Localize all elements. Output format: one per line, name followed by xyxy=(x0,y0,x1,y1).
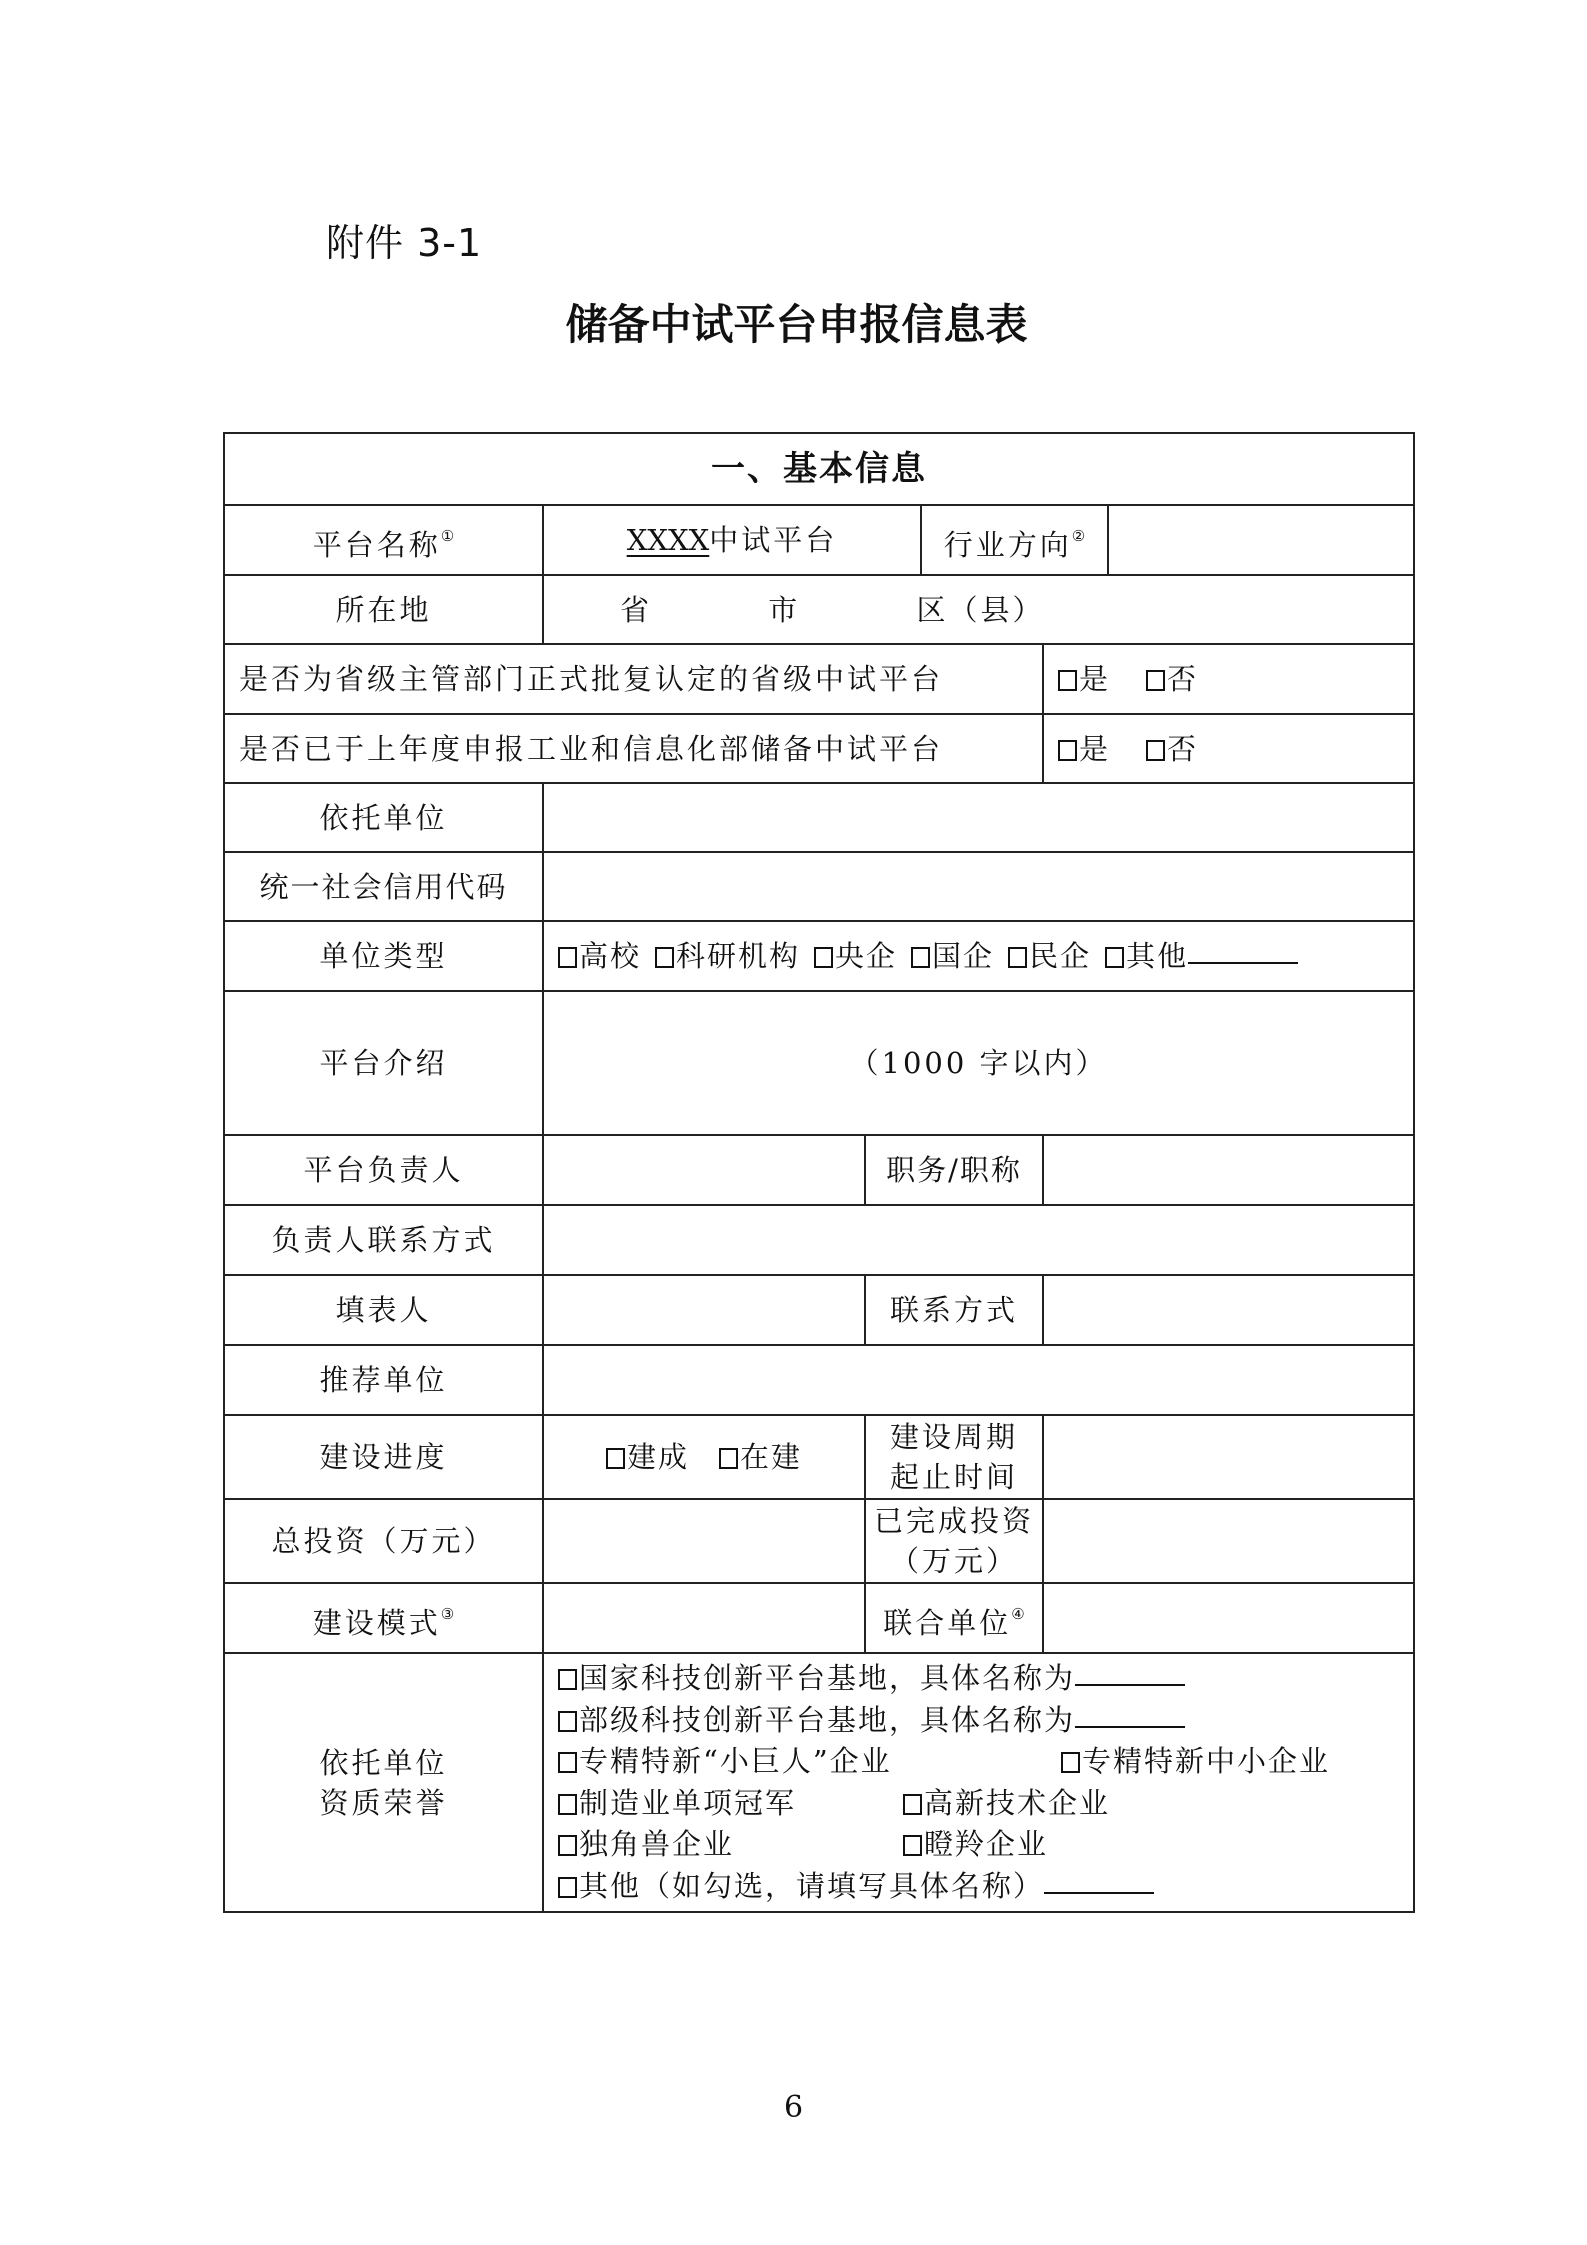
leader-contact-row: 负责人联系方式 xyxy=(224,1205,1414,1275)
joint-unit-field[interactable] xyxy=(1043,1583,1414,1653)
platform-name-field[interactable]: XXXX中试平台 xyxy=(543,505,921,575)
application-form-table: 一、基本信息 平台名称① XXXX中试平台 行业方向② 所在地 省 市 区（县）… xyxy=(223,432,1415,1913)
total-investment-label: 总投资（万元） xyxy=(224,1499,543,1583)
checkbox-icon xyxy=(1058,670,1077,691)
unit-type-row: 单位类型 高校科研机构央企国企民企其他 xyxy=(224,921,1414,991)
construction-period-field[interactable] xyxy=(1043,1415,1414,1499)
attachment-label: 附件 3-1 xyxy=(326,215,482,271)
checkbox-university[interactable]: 高校 xyxy=(558,936,641,976)
previous-application-options: 是否 xyxy=(1043,714,1414,783)
honor-single-champion[interactable]: 制造业单项冠军 xyxy=(558,1783,903,1825)
checkbox-icon xyxy=(558,1752,577,1773)
construction-mode-row: 建设模式③ 联合单位④ xyxy=(224,1583,1414,1653)
construction-mode-label: 建设模式③ xyxy=(224,1583,543,1653)
introduction-field[interactable]: （1000 字以内） xyxy=(543,991,1414,1135)
checkbox-soe[interactable]: 国企 xyxy=(911,936,994,976)
checkbox-icon xyxy=(814,947,833,968)
honor-unicorn[interactable]: 独角兽企业 xyxy=(558,1824,903,1866)
checkbox-icon xyxy=(558,1877,577,1898)
credit-code-row: 统一社会信用代码 xyxy=(224,852,1414,921)
checkbox-yes[interactable]: 是 xyxy=(1058,729,1110,769)
introduction-row: 平台介绍 （1000 字以内） xyxy=(224,991,1414,1135)
checkbox-icon xyxy=(558,1669,577,1690)
location-label: 所在地 xyxy=(224,575,543,644)
checkbox-no[interactable]: 否 xyxy=(1146,729,1198,769)
location-row: 所在地 省 市 区（县） xyxy=(224,575,1414,644)
footnote-marker: ① xyxy=(441,527,454,545)
checkbox-research-institute[interactable]: 科研机构 xyxy=(655,936,800,976)
footnote-marker: ④ xyxy=(1011,1605,1024,1623)
provincial-approval-options: 是否 xyxy=(1043,644,1414,714)
honor-ministerial-platform[interactable]: 部级科技创新平台基地，具体名称为 xyxy=(558,1700,1413,1742)
checkbox-icon xyxy=(1146,670,1165,691)
completed-investment-field[interactable] xyxy=(1043,1499,1414,1583)
qualifications-options: 国家科技创新平台基地，具体名称为 部级科技创新平台基地，具体名称为 专精特新“小… xyxy=(543,1653,1414,1912)
checkbox-icon xyxy=(606,1448,625,1469)
position-title-field[interactable] xyxy=(1043,1135,1414,1205)
checkbox-icon xyxy=(655,947,674,968)
checkbox-completed[interactable]: 建成 xyxy=(606,1437,689,1477)
provincial-approval-row: 是否为省级主管部门正式批复认定的省级中试平台 是否 xyxy=(224,644,1414,714)
honor-national-platform[interactable]: 国家科技创新平台基地，具体名称为 xyxy=(558,1658,1413,1700)
honor-gazelle[interactable]: 瞪羚企业 xyxy=(903,1824,1048,1866)
checkbox-icon xyxy=(1061,1752,1080,1773)
credit-code-field[interactable] xyxy=(543,852,1414,921)
checkbox-icon xyxy=(911,947,930,968)
city-label: 市 xyxy=(768,590,798,630)
checkbox-icon xyxy=(719,1448,738,1469)
platform-name-placeholder: XXXX xyxy=(627,523,710,557)
province-label: 省 xyxy=(620,590,650,630)
introduction-hint: （1000 字以内） xyxy=(850,1046,1108,1080)
other-fill-blank[interactable] xyxy=(1188,936,1298,964)
contact-label: 联系方式 xyxy=(865,1275,1043,1345)
honor-little-giant[interactable]: 专精特新“小巨人”企业 xyxy=(558,1741,1061,1783)
industry-direction-field[interactable] xyxy=(1108,505,1414,575)
host-unit-row: 依托单位 xyxy=(224,783,1414,852)
construction-progress-row: 建设进度 建成在建 建设周期起止时间 xyxy=(224,1415,1414,1499)
checkbox-icon xyxy=(558,947,577,968)
form-filler-row: 填表人 联系方式 xyxy=(224,1275,1414,1345)
unit-type-label: 单位类型 xyxy=(224,921,543,991)
construction-mode-field[interactable] xyxy=(543,1583,865,1653)
recommending-unit-field[interactable] xyxy=(543,1345,1414,1415)
checkbox-icon xyxy=(1008,947,1027,968)
checkbox-icon xyxy=(903,1794,922,1815)
investment-row: 总投资（万元） 已完成投资（万元） xyxy=(224,1499,1414,1583)
section-heading-row: 一、基本信息 xyxy=(224,433,1414,505)
checkbox-central-soe[interactable]: 央企 xyxy=(814,936,897,976)
checkbox-yes[interactable]: 是 xyxy=(1058,659,1110,699)
district-label: 区（县） xyxy=(916,590,1044,630)
platform-leader-row: 平台负责人 职务/职称 xyxy=(224,1135,1414,1205)
page-number: 6 xyxy=(0,2088,1587,2128)
unit-type-options: 高校科研机构央企国企民企其他 xyxy=(543,921,1414,991)
completed-investment-label: 已完成投资（万元） xyxy=(865,1499,1043,1583)
checkbox-icon xyxy=(903,1835,922,1856)
qualifications-row: 依托单位资质荣誉 国家科技创新平台基地，具体名称为 部级科技创新平台基地，具体名… xyxy=(224,1653,1414,1912)
checkbox-under-construction[interactable]: 在建 xyxy=(719,1437,802,1477)
fill-blank[interactable] xyxy=(1075,1658,1185,1686)
construction-period-label: 建设周期起止时间 xyxy=(865,1415,1043,1499)
honor-other[interactable]: 其他（如勾选，请填写具体名称） xyxy=(558,1866,1413,1908)
contact-field[interactable] xyxy=(1043,1275,1414,1345)
checkbox-other[interactable]: 其他 xyxy=(1105,936,1188,976)
leader-contact-field[interactable] xyxy=(543,1205,1414,1275)
host-unit-label: 依托单位 xyxy=(224,783,543,852)
leader-contact-label: 负责人联系方式 xyxy=(224,1205,543,1275)
section-heading: 一、基本信息 xyxy=(224,433,1414,505)
checkbox-private[interactable]: 民企 xyxy=(1008,936,1091,976)
platform-name-label: 平台名称① xyxy=(224,505,543,575)
provincial-approval-question: 是否为省级主管部门正式批复认定的省级中试平台 xyxy=(224,644,1043,714)
fill-blank[interactable] xyxy=(1044,1866,1154,1894)
footnote-marker: ③ xyxy=(441,1605,454,1623)
construction-progress-options: 建成在建 xyxy=(543,1415,865,1499)
honor-specialized-sme[interactable]: 专精特新中小企业 xyxy=(1061,1741,1330,1783)
checkbox-icon xyxy=(1146,740,1165,761)
location-field[interactable]: 省 市 区（县） xyxy=(543,575,1414,644)
checkbox-icon xyxy=(558,1711,577,1732)
form-filler-label: 填表人 xyxy=(224,1275,543,1345)
qualifications-label: 依托单位资质荣誉 xyxy=(224,1653,543,1912)
honor-high-tech[interactable]: 高新技术企业 xyxy=(903,1783,1110,1825)
fill-blank[interactable] xyxy=(1075,1700,1185,1728)
platform-leader-field[interactable] xyxy=(543,1135,865,1205)
footnote-marker: ② xyxy=(1072,527,1085,545)
checkbox-icon xyxy=(558,1835,577,1856)
platform-name-row: 平台名称① XXXX中试平台 行业方向② xyxy=(224,505,1414,575)
checkbox-icon xyxy=(1058,740,1077,761)
checkbox-icon xyxy=(558,1794,577,1815)
total-investment-field[interactable] xyxy=(543,1499,865,1583)
position-title-label: 职务/职称 xyxy=(865,1135,1043,1205)
previous-application-row: 是否已于上年度申报工业和信息化部储备中试平台 是否 xyxy=(224,714,1414,783)
host-unit-field[interactable] xyxy=(543,783,1414,852)
platform-leader-label: 平台负责人 xyxy=(224,1135,543,1205)
form-filler-field[interactable] xyxy=(543,1275,865,1345)
industry-direction-label: 行业方向② xyxy=(921,505,1108,575)
previous-application-question: 是否已于上年度申报工业和信息化部储备中试平台 xyxy=(224,714,1043,783)
checkbox-no[interactable]: 否 xyxy=(1146,659,1198,699)
credit-code-label: 统一社会信用代码 xyxy=(224,852,543,921)
recommending-unit-row: 推荐单位 xyxy=(224,1345,1414,1415)
introduction-label: 平台介绍 xyxy=(224,991,543,1135)
checkbox-icon xyxy=(1105,947,1124,968)
joint-unit-label: 联合单位④ xyxy=(865,1583,1043,1653)
document-title: 储备中试平台申报信息表 xyxy=(0,295,1587,355)
construction-progress-label: 建设进度 xyxy=(224,1415,543,1499)
recommending-unit-label: 推荐单位 xyxy=(224,1345,543,1415)
